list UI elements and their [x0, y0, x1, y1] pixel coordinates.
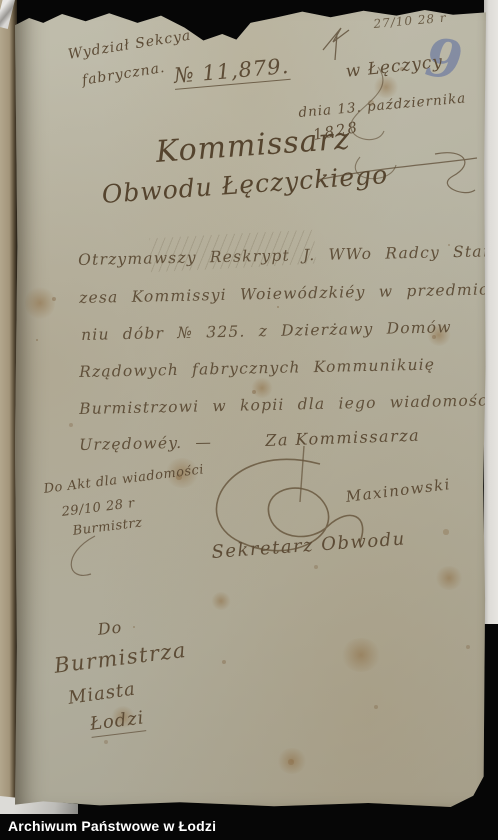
scanned-document: Wydział Sekcya fabryczna. 27/10 28 r 9 №…	[0, 0, 498, 840]
body-line: Rządowych fabrycznych Kommunikuię	[79, 358, 435, 381]
stain	[277, 748, 307, 774]
signature-name: Maxinowski	[345, 477, 452, 505]
date-line1: dnia 13. października	[298, 92, 467, 120]
address-line1: Do	[97, 619, 123, 637]
signature-ornament	[200, 446, 380, 586]
margin-note-line3: Burmistrz	[72, 516, 143, 537]
address-line3: Miasta	[67, 681, 137, 708]
stain	[211, 592, 231, 610]
department-line1: Wydział Sekcya	[67, 29, 192, 62]
stain	[341, 638, 381, 672]
stain	[25, 286, 55, 320]
per-pro-note: Za Kommissarza	[265, 428, 420, 449]
archive-watermark-caption: Archiwum Państwowe w Łodzi	[8, 818, 216, 834]
margin-flourish	[51, 530, 111, 590]
sender-title-line2: Obwodu Łęczyckiego	[101, 162, 389, 207]
body-line: Urzędowéy. —	[79, 435, 212, 453]
scanner-strip	[484, 0, 498, 624]
department-line2: fabryczna.	[81, 61, 166, 88]
book-gutter-edge	[0, 0, 17, 806]
stain	[435, 566, 463, 590]
body-line: zesa Kommissyi Woiewódzkiéy w przedmioci…	[79, 282, 498, 307]
margin-note-line1: Do Akt dla wiadomości	[43, 463, 205, 496]
stain	[373, 76, 399, 98]
document-number: № 11,879.	[173, 56, 290, 90]
body-line: Burmistrzowi w kopii dla iego wiadomości	[79, 393, 494, 417]
address-line2: Burmistrza	[53, 640, 188, 677]
sender-title-line1: Kommissarz	[155, 124, 352, 168]
margin-note-line2: 29/10 28 r	[61, 497, 136, 519]
signature-title: Sekretarz Obwodu	[211, 530, 406, 562]
body-line: niu dóbr № 325. z Dzierżawy Domów	[81, 320, 452, 343]
manuscript-page: Wydział Sekcya fabryczna. 27/10 28 r 9 №…	[15, 6, 486, 807]
address-line4: Łodzi	[89, 709, 146, 737]
